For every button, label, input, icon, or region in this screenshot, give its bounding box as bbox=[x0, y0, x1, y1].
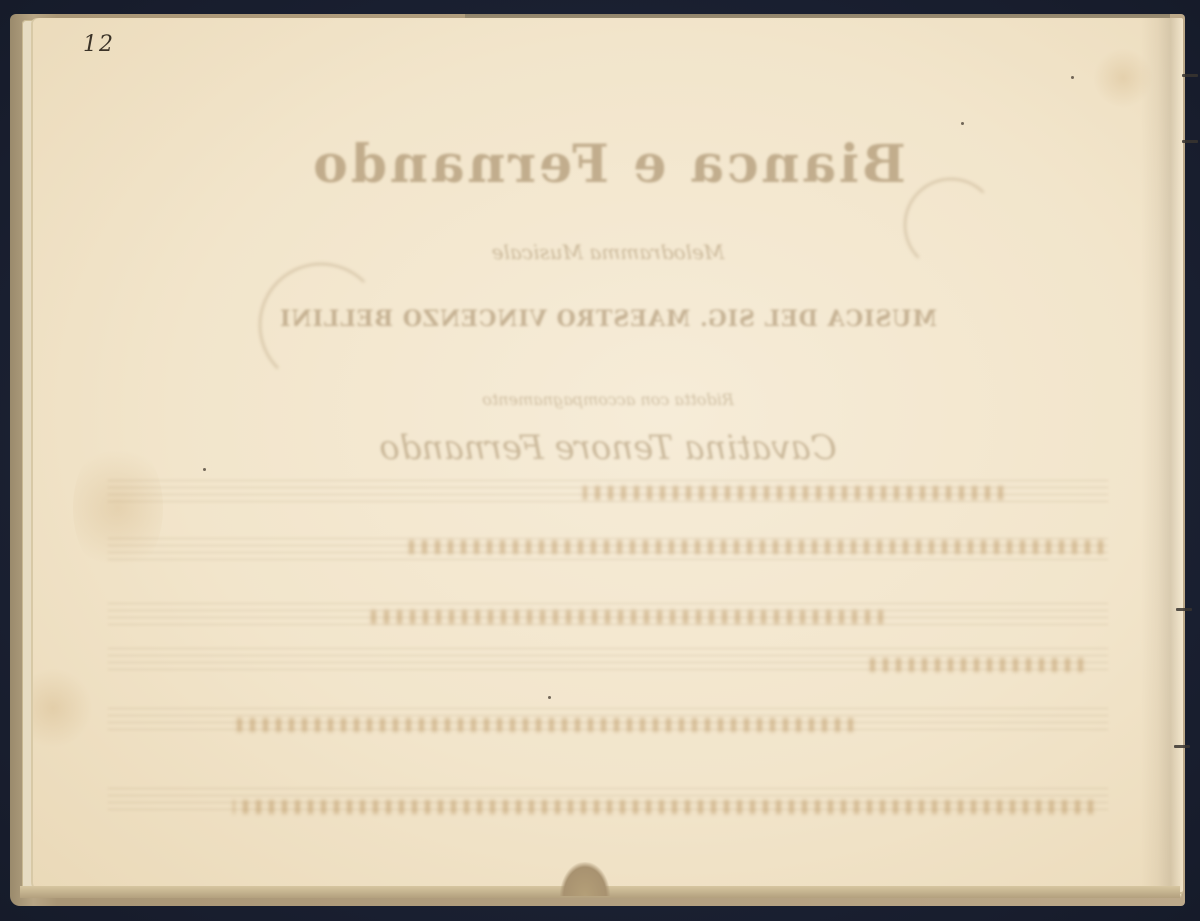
bleed-composer-line: Cavatina Tenore Fernando bbox=[33, 428, 1183, 468]
ink-speck bbox=[1071, 76, 1074, 79]
bleed-subtitle: Melodramma Musicale bbox=[33, 240, 1183, 264]
binding-stitch bbox=[1182, 74, 1198, 77]
ink-speck bbox=[548, 696, 551, 699]
bleed-through-content: Bianca e Fernando Melodramma Musicale MU… bbox=[33, 18, 1183, 892]
ink-speck bbox=[961, 122, 964, 125]
ink-speck bbox=[203, 468, 206, 471]
page-number: 12 bbox=[83, 32, 115, 57]
bleed-caps-line: MUSICA DEL SIG. MAESTRO VINCENZO BELLINI bbox=[33, 306, 1183, 332]
gutter-shadow bbox=[1141, 18, 1183, 892]
bleed-title: Bianca e Fernando bbox=[33, 134, 1183, 195]
bleed-notes bbox=[233, 718, 853, 732]
bleed-notes bbox=[403, 540, 1103, 554]
bleed-flourish bbox=[259, 263, 383, 387]
binding-stitch bbox=[1176, 608, 1192, 611]
bleed-notes bbox=[863, 658, 1083, 672]
bleed-notes bbox=[583, 486, 1003, 500]
thumb-tab-stain bbox=[560, 862, 610, 896]
bleed-small-line: Ridotta con accompagnamento bbox=[33, 390, 1183, 409]
bleed-notes bbox=[363, 610, 883, 624]
binding-stitch bbox=[1174, 745, 1190, 748]
bleed-notes bbox=[233, 800, 1093, 814]
binding-stitch bbox=[1182, 140, 1198, 143]
document-page: Bianca e Fernando Melodramma Musicale MU… bbox=[33, 18, 1183, 892]
